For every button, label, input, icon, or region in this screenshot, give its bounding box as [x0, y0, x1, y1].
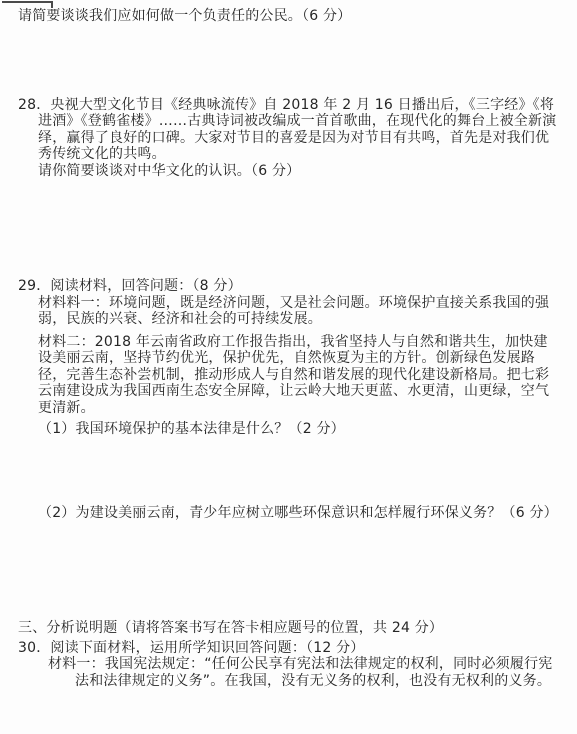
exam-paper-page: 请简要谈谈我们应如何做一个负责任的公民。（6 分） 28．央视大型文化节目《经典… — [0, 0, 577, 734]
question-28-text: 央视大型文化节目《经典咏流传》自 2018 年 2 月 16 日播出后，《三字经… — [38, 97, 556, 163]
question-30: 30．阅读下面材料，运用所学知识回答问题：（12 分） 材料一：我国宪法规定：“… — [18, 640, 561, 690]
scan-artifact-vertical-tick — [51, 1, 53, 8]
question-29-sub-question-2: （2）为建设美丽云南，青少年应树立哪些环保意识和怎样履行环保义务？（6 分） — [18, 505, 561, 522]
question-30-material-text: 我国宪法规定：“任何公民享有宪法和法律规定的权利，同时必须履行宪法和法律规定的义… — [75, 656, 552, 689]
question-28: 28．央视大型文化节目《经典咏流传》自 2018 年 2 月 16 日播出后，《… — [18, 97, 561, 180]
question-27-prompt: 请简要谈谈我们应如何做一个负责任的公民。（6 分） — [18, 8, 561, 25]
question-29-material-two: 材料二：2018 年云南省政府工作报告指出，我省坚持人与自然和谐共生，加快建设美… — [18, 334, 561, 417]
question-28-number: 28． — [18, 97, 50, 113]
question-30-material-label: 材料一： — [48, 656, 105, 672]
question-29-header-text: 阅读材料，回答问题：（8 分） — [50, 278, 241, 294]
question-29-material-one: 材料料一：环境问题，既是经济问题，又是社会问题。环境保护直接关系我国的强弱，民族… — [18, 295, 561, 328]
scan-artifact-horizontal-line — [2, 1, 53, 3]
question-30-number: 30． — [18, 640, 50, 656]
question-28-prompt: 请你简要谈谈对中华文化的认识。（6 分） — [18, 163, 561, 180]
section-three-heading: 三、分析说明题（请将答案书写在答卡相应题号的位置，共 24 分） — [18, 620, 561, 637]
question-29-number: 29． — [18, 278, 50, 294]
question-28-body: 28．央视大型文化节目《经典咏流传》自 2018 年 2 月 16 日播出后，《… — [18, 97, 561, 163]
question-30-material-one: 材料一：我国宪法规定：“任何公民享有宪法和法律规定的权利，同时必须履行宪法和法律… — [48, 656, 561, 689]
question-29: 29．阅读材料，回答问题：（8 分） 材料料一：环境问题，既是经济问题，又是社会… — [18, 278, 561, 521]
question-30-header-text: 阅读下面材料，运用所学知识回答问题：（12 分） — [50, 640, 364, 656]
question-29-header: 29．阅读材料，回答问题：（8 分） — [18, 278, 561, 295]
question-29-sub-question-1: （1）我国环境保护的基本法律是什么？（2 分） — [18, 421, 561, 438]
question-30-header: 30．阅读下面材料，运用所学知识回答问题：（12 分） — [18, 640, 561, 657]
